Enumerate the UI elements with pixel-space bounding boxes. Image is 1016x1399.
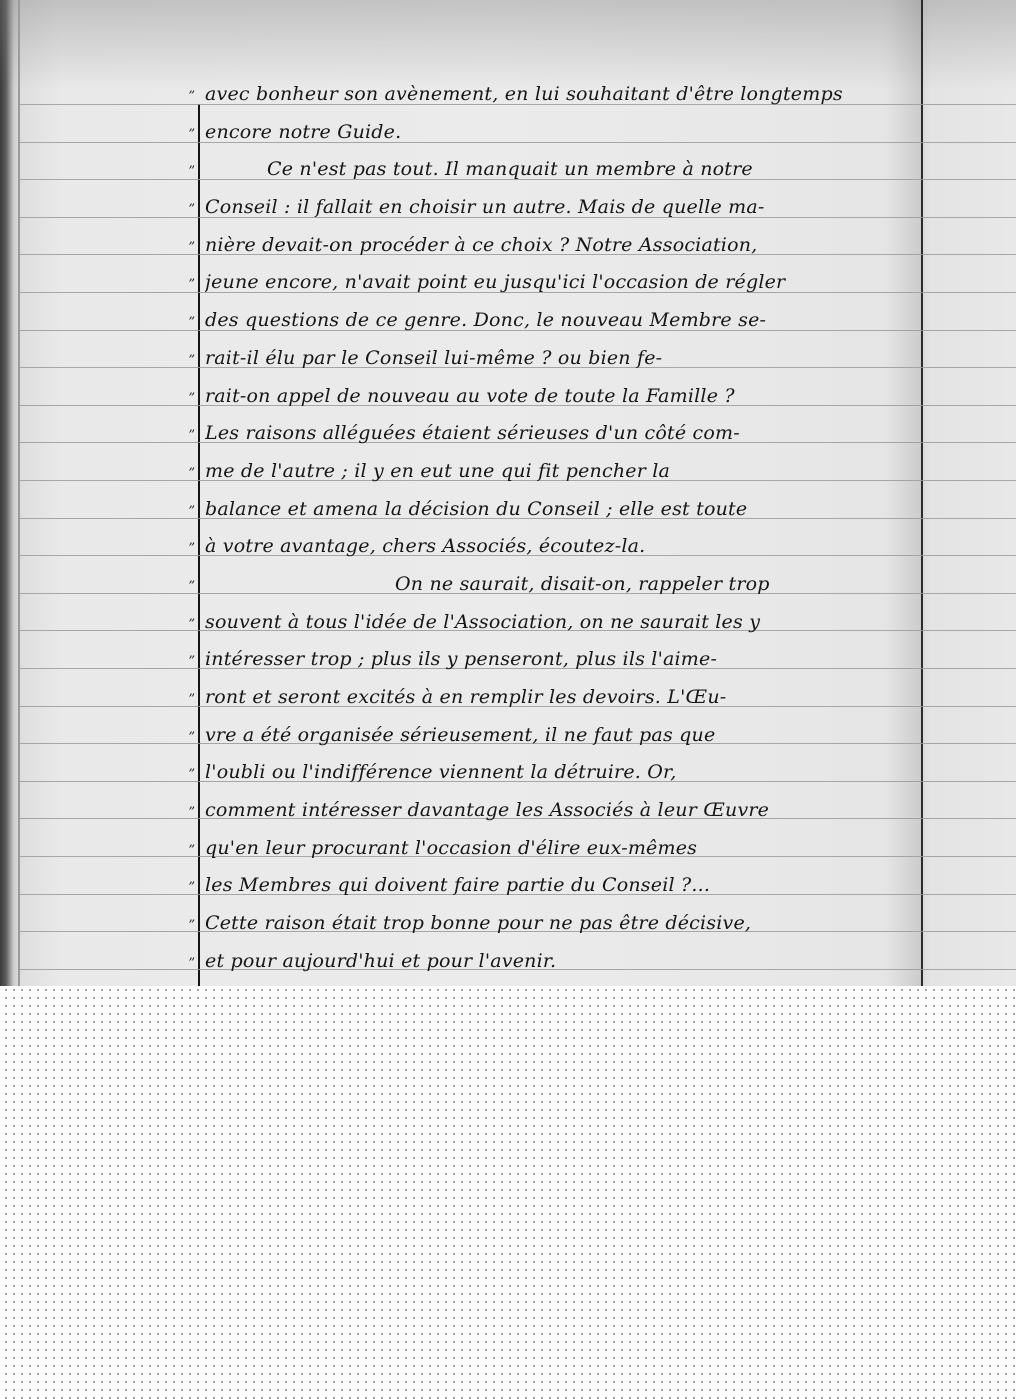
text-line: ”à votre avantage, chers Associés, écout… bbox=[0, 520, 1016, 558]
text-line: ”intéresser trop ; plus ils y penseront,… bbox=[0, 633, 1016, 671]
text-line: ”encore notre Guide. bbox=[0, 106, 1016, 144]
text-line: ”qu'en leur procurant l'occasion d'élire… bbox=[0, 822, 1016, 860]
ditto-mark: ” bbox=[180, 956, 194, 971]
text-line: ”comment intéresser davantage les Associ… bbox=[0, 784, 1016, 822]
ditto-mark: ” bbox=[180, 843, 194, 858]
line-text: avec bonheur son avènement, en lui souha… bbox=[205, 83, 917, 105]
text-line: ”jeune encore, n'avait point eu jusqu'ic… bbox=[0, 256, 1016, 294]
line-text: comment intéresser davantage les Associé… bbox=[205, 799, 917, 821]
ditto-mark: ” bbox=[180, 504, 194, 519]
line-text: et pour aujourd'hui et pour l'avenir. bbox=[205, 950, 917, 972]
text-line: ”rait-il élu par le Conseil lui-même ? o… bbox=[0, 332, 1016, 370]
line-text: souvent à tous l'idée de l'Association, … bbox=[205, 611, 917, 633]
line-text: des questions de ce genre. Donc, le nouv… bbox=[205, 309, 917, 331]
ditto-mark: ” bbox=[180, 579, 194, 594]
text-line: ”vre a été organisée sérieusement, il ne… bbox=[0, 709, 1016, 747]
ditto-mark: ” bbox=[180, 767, 194, 782]
text-line: ”ront et seront excités à en remplir les… bbox=[0, 671, 1016, 709]
line-text: Ce n'est pas tout. Il manquait un membre… bbox=[205, 158, 917, 180]
text-line: ”me de l'autre ; il y en eut une qui fit… bbox=[0, 445, 1016, 483]
cut-off-ink-fragment: ... bbox=[340, 976, 353, 986]
line-text: Cette raison était trop bonne pour ne pa… bbox=[205, 912, 917, 934]
line-text: rait-il élu par le Conseil lui-même ? ou… bbox=[205, 347, 917, 369]
ditto-mark: ” bbox=[180, 277, 194, 292]
line-text: Conseil : il fallait en choisir un autre… bbox=[205, 196, 917, 218]
scanned-ledger-page: ”avec bonheur son avènement, en lui souh… bbox=[0, 0, 1016, 986]
line-text: balance et amena la décision du Conseil … bbox=[205, 498, 917, 520]
ditto-mark: ” bbox=[180, 127, 194, 142]
text-line: ”Conseil : il fallait en choisir un autr… bbox=[0, 181, 1016, 219]
text-line: ”Les raisons alléguées étaient sérieuses… bbox=[0, 407, 1016, 445]
line-text: à votre avantage, chers Associés, écoute… bbox=[205, 535, 917, 557]
ditto-mark: ” bbox=[180, 918, 194, 933]
ditto-mark: ” bbox=[180, 164, 194, 179]
line-text: qu'en leur procurant l'occasion d'élire … bbox=[205, 837, 917, 859]
ditto-mark: ” bbox=[180, 240, 194, 255]
text-line: ”les Membres qui doivent faire partie du… bbox=[0, 859, 1016, 897]
ditto-mark: ” bbox=[180, 880, 194, 895]
line-text: nière devait-on procéder à ce choix ? No… bbox=[205, 234, 917, 256]
line-text: les Membres qui doivent faire partie du … bbox=[205, 874, 917, 896]
ditto-mark: ” bbox=[180, 805, 194, 820]
text-line: ”souvent à tous l'idée de l'Association,… bbox=[0, 596, 1016, 634]
text-line: ”On ne saurait, disait-on, rappeler trop bbox=[0, 558, 1016, 596]
line-text: me de l'autre ; il y en eut une qui fit … bbox=[205, 460, 917, 482]
ditto-mark: ” bbox=[180, 315, 194, 330]
ditto-mark: ” bbox=[180, 428, 194, 443]
line-text: vre a été organisée sérieusement, il ne … bbox=[205, 724, 917, 746]
text-line: ”et pour aujourd'hui et pour l'avenir. bbox=[0, 935, 1016, 973]
line-text: jeune encore, n'avait point eu jusqu'ici… bbox=[205, 271, 917, 293]
text-line: ”avec bonheur son avènement, en lui souh… bbox=[0, 68, 1016, 106]
ditto-mark: ” bbox=[180, 654, 194, 669]
text-line: ”Ce n'est pas tout. Il manquait un membr… bbox=[0, 143, 1016, 181]
text-line: ”balance et amena la décision du Conseil… bbox=[0, 483, 1016, 521]
line-text: Les raisons alléguées étaient sérieuses … bbox=[205, 422, 917, 444]
ditto-mark: ” bbox=[180, 353, 194, 368]
ditto-mark: ” bbox=[180, 730, 194, 745]
line-text: encore notre Guide. bbox=[205, 121, 917, 143]
ditto-mark: ” bbox=[180, 89, 194, 104]
ditto-mark: ” bbox=[180, 692, 194, 707]
text-line: ”rait-on appel de nouveau au vote de tou… bbox=[0, 370, 1016, 408]
line-text: On ne saurait, disait-on, rappeler trop bbox=[205, 573, 917, 595]
text-line: ”l'oubli ou l'indifférence viennent la d… bbox=[0, 746, 1016, 784]
ditto-mark: ” bbox=[180, 466, 194, 481]
ditto-mark: ” bbox=[180, 541, 194, 556]
line-text: rait-on appel de nouveau au vote de tout… bbox=[205, 385, 917, 407]
text-line: ”des questions de ce genre. Donc, le nou… bbox=[0, 294, 1016, 332]
line-text: intéresser trop ; plus ils y penseront, … bbox=[205, 648, 917, 670]
line-text: l'oubli ou l'indifférence viennent la dé… bbox=[205, 761, 917, 783]
line-text: ront et seront excités à en remplir les … bbox=[205, 686, 917, 708]
ditto-mark: ” bbox=[180, 202, 194, 217]
ditto-mark: ” bbox=[180, 617, 194, 632]
dotted-mask-region bbox=[0, 986, 1016, 1399]
text-line: ”Cette raison était trop bonne pour ne p… bbox=[0, 897, 1016, 935]
ditto-mark: ” bbox=[180, 391, 194, 406]
text-line: ”nière devait-on procéder à ce choix ? N… bbox=[0, 219, 1016, 257]
